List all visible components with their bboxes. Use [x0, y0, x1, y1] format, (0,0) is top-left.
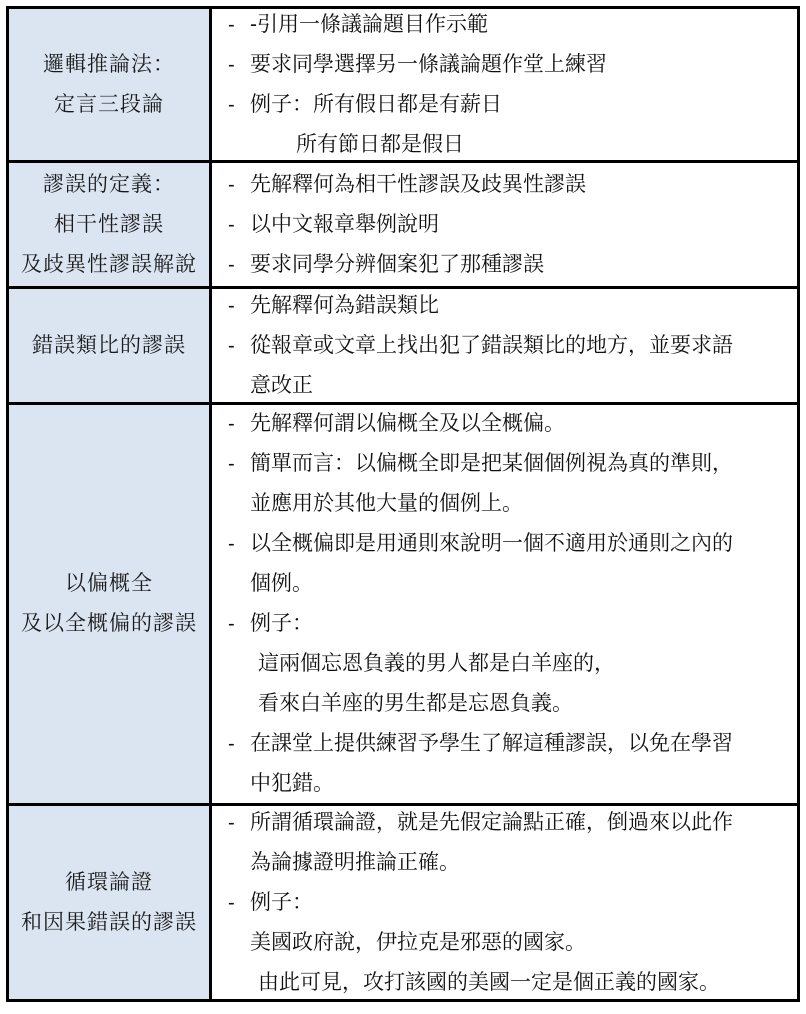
row-header-text: 定言三段論 [54, 85, 164, 125]
row-content-cell: -先解釋何為相干性謬誤及歧異性謬誤-以中文報章舉例說明-要求同學分辨個案犯了那種… [212, 163, 797, 286]
bullet-dash-icon: - [228, 405, 235, 444]
content-line: -例子：所有假日都是有薪日 [212, 85, 793, 125]
content-line: -先解釋何謂以偏概全及以全概偏。 [212, 405, 793, 444]
bullet-dash-icon: - [228, 326, 235, 366]
content-line: -要求同學選擇另一條議論題作堂上練習 [212, 45, 793, 85]
content-line-text: 為論據證明推論正確。 [250, 851, 460, 874]
fallacy-lesson-table: 邏輯推論法：定言三段論--引用一條議論題目作示範-要求同學選擇另一條議論題作堂上… [6, 6, 800, 1002]
content-line: --引用一條議論題目作示範 [212, 9, 793, 45]
row-header-text: 邏輯推論法： [43, 45, 175, 85]
content-line: 看來白羊座的男生都是忘恩負義。 [212, 684, 793, 724]
content-line-text: 這兩個忘恩負義的男人都是白羊座的， [258, 652, 615, 675]
row-header-text: 相干性謬誤 [54, 205, 164, 245]
content-line-text: 要求同學分辨個案犯了那種謬誤 [250, 253, 544, 276]
bullet-dash-icon: - [228, 289, 235, 326]
content-line: 為論據證明推論正確。 [212, 843, 793, 883]
row-header-text: 謬誤的定義： [43, 165, 175, 205]
row-content-cell: -所謂循環論證，就是先假定論點正確，倒過來以此作為論據證明推論正確。-例子：美國… [212, 806, 797, 999]
bullet-dash-icon: - [228, 45, 235, 85]
content-line: -例子： [212, 604, 793, 644]
bullet-dash-icon: - [228, 9, 235, 45]
bullet-dash-icon: - [228, 604, 235, 644]
content-line: 個例。 [212, 564, 793, 604]
content-line: -在課堂上提供練習予學生了解這種謬誤，以免在學習 [212, 724, 793, 764]
row-header-cell: 邏輯推論法：定言三段論 [9, 9, 212, 160]
content-line-text: 例子： [250, 612, 313, 635]
content-line-text: 所謂循環論證，就是先假定論點正確，倒過來以此作 [250, 811, 733, 834]
table-row: 循環論證和因果錯誤的謬誤-所謂循環論證，就是先假定論點正確，倒過來以此作為論據證… [9, 806, 797, 999]
content-line: -簡單而言：以偏概全即是把某個個例視為真的準則， [212, 444, 793, 484]
row-header-text: 以偏概全 [65, 564, 153, 604]
content-line-text: 在課堂上提供練習予學生了解這種謬誤，以免在學習 [250, 732, 733, 755]
row-content-cell: -先解釋何謂以偏概全及以全概偏。-簡單而言：以偏概全即是把某個個例視為真的準則，… [212, 405, 797, 803]
bullet-dash-icon: - [228, 165, 235, 205]
content-line-text: 先解釋何為錯誤類比 [250, 294, 439, 317]
row-header-text: 和因果錯誤的謬誤 [21, 903, 197, 943]
bullet-dash-icon: - [228, 883, 235, 923]
table-row: 謬誤的定義：相干性謬誤及歧異性謬誤解說-先解釋何為相干性謬誤及歧異性謬誤-以中文… [9, 163, 797, 289]
bullet-dash-icon: - [228, 524, 235, 564]
content-line: -例子： [212, 883, 793, 923]
bullet-dash-icon: - [228, 205, 235, 245]
bullet-dash-icon: - [228, 245, 235, 285]
content-line-text: 從報章或文章上找出犯了錯誤類比的地方，並要求語 [250, 334, 733, 357]
content-line: -從報章或文章上找出犯了錯誤類比的地方，並要求語 [212, 326, 793, 366]
row-header-text: 循環論證 [65, 863, 153, 903]
row-header-cell: 謬誤的定義：相干性謬誤及歧異性謬誤解說 [9, 163, 212, 286]
content-line: -先解釋何為相干性謬誤及歧異性謬誤 [212, 165, 793, 205]
bullet-dash-icon: - [228, 444, 235, 484]
content-line-text: 並應用於其他大量的個例上。 [250, 492, 523, 515]
content-line-text: 美國政府說，伊拉克是邪惡的國家。 [250, 931, 586, 954]
bullet-dash-icon: - [228, 806, 235, 843]
content-line-text: 要求同學選擇另一條議論題作堂上練習 [250, 53, 607, 76]
bullet-dash-icon: - [228, 724, 235, 764]
content-line: 這兩個忘恩負義的男人都是白羊座的， [212, 644, 793, 684]
content-line: 由此可見，攻打該國的美國一定是個正義的國家。 [212, 963, 793, 1000]
content-line: -所謂循環論證，就是先假定論點正確，倒過來以此作 [212, 806, 793, 843]
content-line-text: 簡單而言：以偏概全即是把某個個例視為真的準則， [250, 452, 733, 475]
content-line: 美國政府說，伊拉克是邪惡的國家。 [212, 923, 793, 963]
table-row: 邏輯推論法：定言三段論--引用一條議論題目作示範-要求同學選擇另一條議論題作堂上… [9, 9, 797, 163]
row-content-cell: --引用一條議論題目作示範-要求同學選擇另一條議論題作堂上練習-例子：所有假日都… [212, 9, 797, 160]
bullet-dash-icon: - [228, 85, 235, 125]
content-line-text: 所有節日都是假日 [296, 133, 464, 156]
content-line-text: 個例。 [250, 572, 313, 595]
table-row: 以偏概全及以全概偏的謬誤-先解釋何謂以偏概全及以全概偏。-簡單而言：以偏概全即是… [9, 405, 797, 806]
content-line: 中犯錯。 [212, 764, 793, 803]
content-line-text: 以全概偏即是用通則來說明一個不適用於通則之內的 [250, 532, 733, 555]
content-line-text: 意改正 [250, 374, 313, 397]
row-content-cell: -先解釋何為錯誤類比-從報章或文章上找出犯了錯誤類比的地方，並要求語意改正 [212, 289, 797, 402]
content-line: -以全概偏即是用通則來說明一個不適用於通則之內的 [212, 524, 793, 564]
content-line-text: 中犯錯。 [250, 772, 334, 795]
content-line-text: 以中文報章舉例說明 [250, 213, 439, 236]
content-line-text: 由此可見，攻打該國的美國一定是個正義的國家。 [258, 971, 720, 994]
content-line: -要求同學分辨個案犯了那種謬誤 [212, 245, 793, 285]
row-header-cell: 以偏概全及以全概偏的謬誤 [9, 405, 212, 803]
content-line-text: -引用一條議論題目作示範 [250, 13, 488, 36]
content-line: -先解釋何為錯誤類比 [212, 289, 793, 326]
content-line: 意改正 [212, 366, 793, 403]
content-line-text: 例子：所有假日都是有薪日 [250, 93, 502, 116]
content-line-text: 先解釋何為相干性謬誤及歧異性謬誤 [250, 173, 586, 196]
content-line-text: 例子： [250, 891, 313, 914]
content-line-text: 先解釋何謂以偏概全及以全概偏。 [250, 412, 565, 435]
row-header-text: 錯誤類比的謬誤 [32, 326, 186, 366]
row-header-text: 及歧異性謬誤解說 [21, 245, 197, 285]
content-line-text: 看來白羊座的男生都是忘恩負義。 [258, 692, 573, 715]
table-row: 錯誤類比的謬誤-先解釋何為錯誤類比-從報章或文章上找出犯了錯誤類比的地方，並要求… [9, 289, 797, 405]
row-header-text: 及以全概偏的謬誤 [21, 604, 197, 644]
row-header-cell: 循環論證和因果錯誤的謬誤 [9, 806, 212, 999]
content-line: -以中文報章舉例說明 [212, 205, 793, 245]
content-line: 所有節日都是假日 [212, 125, 793, 161]
row-header-cell: 錯誤類比的謬誤 [9, 289, 212, 402]
content-line: 並應用於其他大量的個例上。 [212, 484, 793, 524]
